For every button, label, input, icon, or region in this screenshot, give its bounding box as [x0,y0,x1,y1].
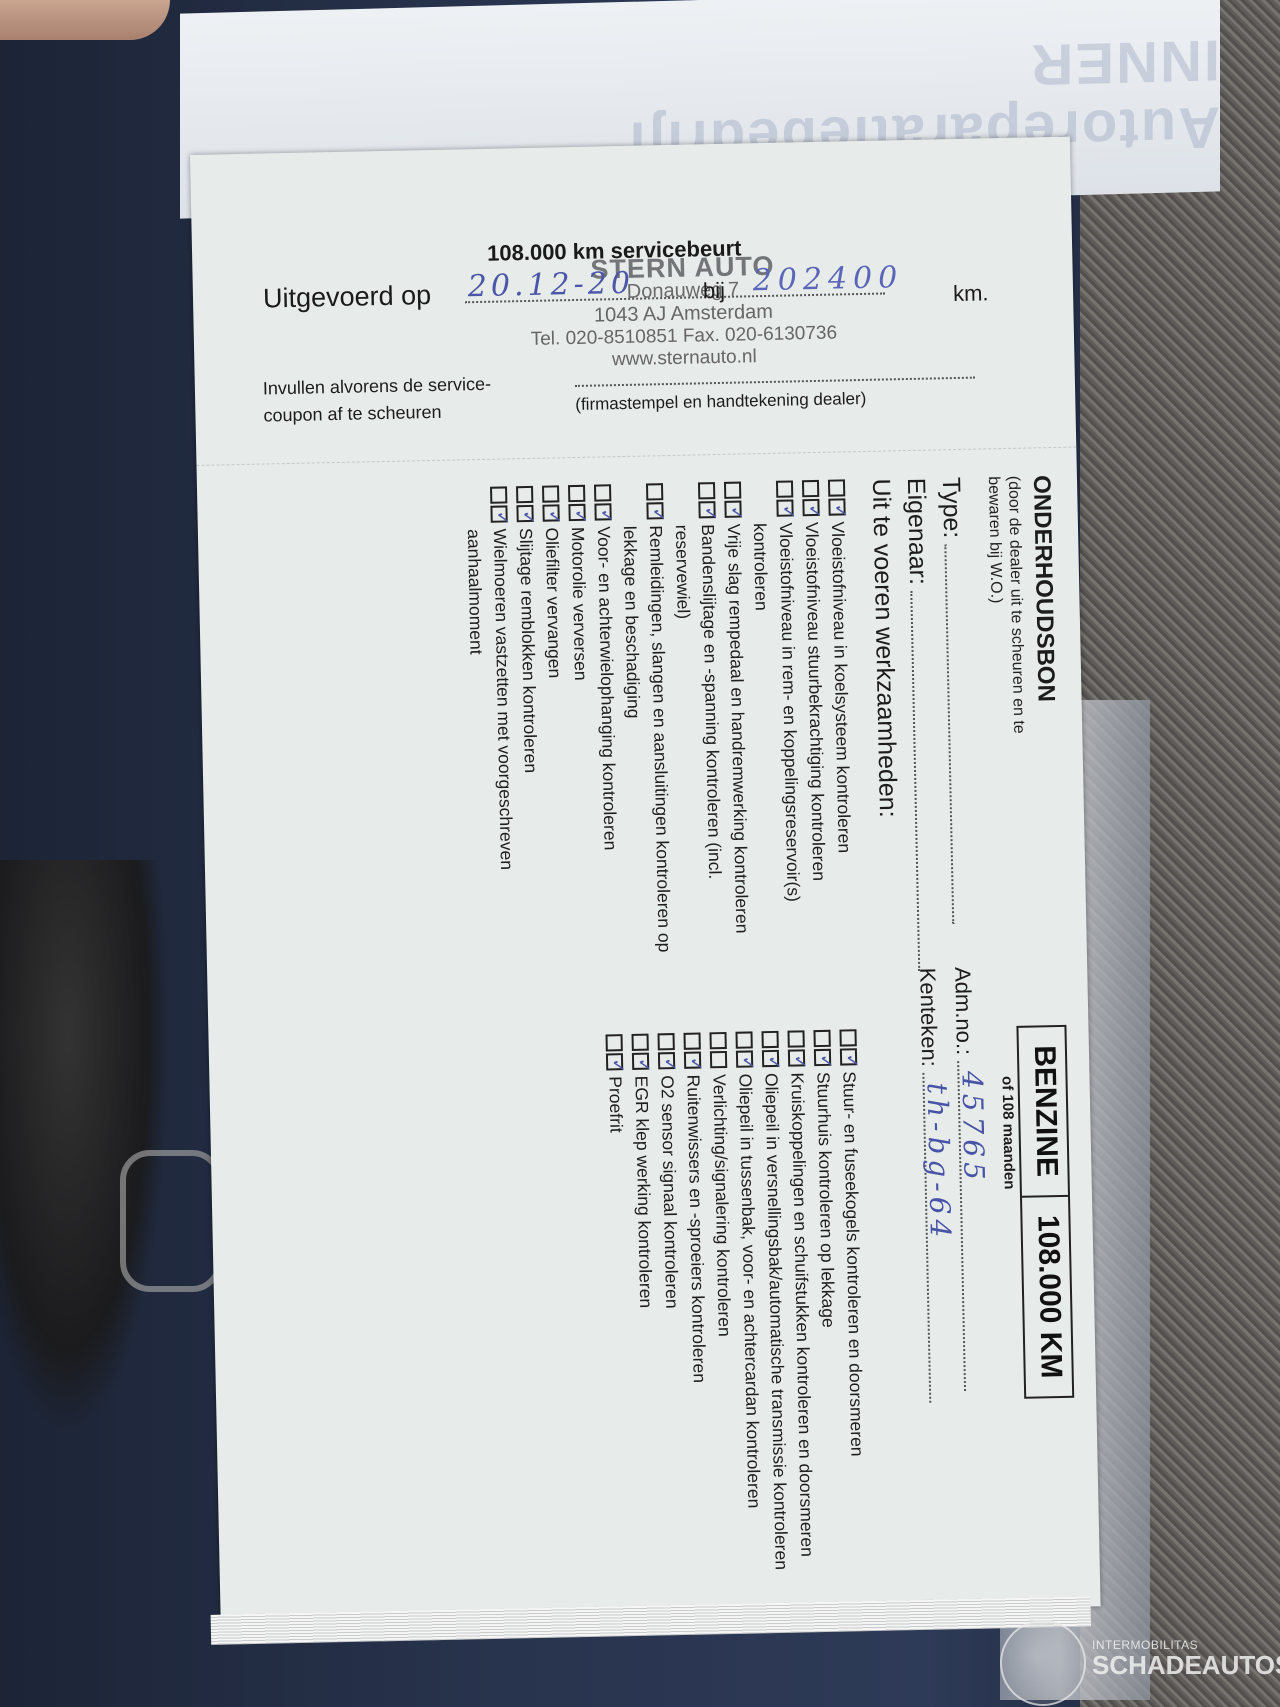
task-list-right: Stuur- en fuseekogels kontroleren en doo… [602,1029,874,1594]
task-checkboxes [698,482,716,524]
adm-label: Adm.no.: [950,967,977,1056]
checkbox[interactable] [646,483,663,500]
checkbox[interactable] [724,482,741,499]
checkbox[interactable] [802,480,819,497]
task-checkboxes [828,479,846,521]
slip-heading: ONDERHOUDSBON [1027,475,1060,702]
at-label: bij [703,278,726,304]
task-checkboxes [646,483,664,525]
mileage-value[interactable]: 202400 [752,260,903,298]
tasks-heading: Uit te voeren werkzaamheden: [866,478,902,818]
perforation-line [196,447,1076,466]
checkbox[interactable] [710,1051,727,1068]
plate-line: th-bg-64 [922,1073,931,1403]
task-checkboxes [813,1030,831,1072]
task-checkboxes [490,486,508,528]
checkbox[interactable] [632,1053,649,1070]
checkbox[interactable] [490,505,507,522]
task-checkboxes [542,485,560,527]
checkbox[interactable] [698,482,715,499]
interval-months: of 108 maanden [998,1076,1017,1190]
checkbox[interactable] [657,1033,674,1050]
slip-subheading: (door de dealer uit te scheuren en te be… [983,476,1028,737]
checkbox[interactable] [684,1051,701,1068]
thumb [0,0,170,40]
task-checkboxes [787,1030,805,1072]
task-checkboxes [683,1033,701,1075]
keyring [120,1150,222,1292]
checkbox[interactable] [828,479,845,496]
task-checkboxes [761,1031,779,1073]
checkbox[interactable] [787,1030,804,1047]
checkbox[interactable] [698,501,715,518]
task-item: Bandenslijtage en -spanning kontroleren … [668,482,730,953]
owner-field[interactable]: Eigenaar: [901,478,940,972]
tasks-label: Uit te voeren werkzaamheden: [867,478,902,818]
checkbox[interactable] [724,501,741,518]
checkbox[interactable] [839,1029,856,1046]
type-field[interactable]: Type: [936,477,974,925]
checkbox[interactable] [840,1048,857,1065]
signature-label: (firmastempel en handtekening dealer) [575,389,866,415]
task-item: Wielmoeren vastzetten met voorgeschreven… [460,486,522,957]
owner-line [910,591,920,971]
task-item: Vloeistofniveau in rem- en koppelingsres… [746,480,808,951]
checkbox[interactable] [594,503,611,520]
checkbox[interactable] [594,484,611,501]
plate-label: Kenteken: [915,967,942,1067]
task-checkboxes [568,485,586,527]
checkbox[interactable] [632,1034,649,1051]
performed-on-date[interactable]: 20.12-20 [467,266,634,304]
checkbox[interactable] [709,1032,726,1049]
checkbox[interactable] [802,499,819,516]
adm-value: 45765 [955,1071,990,1186]
globe-icon [1000,1620,1086,1706]
checkbox[interactable] [646,502,663,519]
task-checkboxes [802,480,820,522]
checkbox[interactable] [776,499,793,516]
plate-value: th-bg-64 [921,1082,957,1242]
performed-on-label: Uitgevoerd op [263,280,432,315]
type-label: Type: [937,477,966,539]
checkbox[interactable] [736,1050,753,1067]
signature-line[interactable] [575,377,975,387]
tear-instruction: Invullen alvorens de service-coupon af t… [263,370,544,430]
adm-line: 45765 [957,1061,966,1391]
task-label: Wielmoeren vastzetten met voorgeschreven… [461,528,522,957]
checkbox[interactable] [516,486,533,503]
task-checkboxes [632,1034,650,1076]
task-checkboxes [724,482,742,524]
task-checkboxes [606,1034,624,1076]
dealer-stamp: STERN AUTO Donauweg 7 1043 AJ Amsterdam … [457,240,910,374]
fuel-interval-box: BENZINE 108.000 KM [1016,1025,1074,1399]
km-label: km. [953,280,989,307]
task-checkboxes [657,1033,675,1075]
task-checkboxes [776,480,794,522]
checkbox[interactable] [762,1050,779,1067]
task-label: Remleidingen, slangen en aansluitingen k… [617,525,678,954]
service-coupon-page: 108.000 km servicebeurt STERN AUTO Donau… [190,137,1101,1625]
checkbox[interactable] [516,505,533,522]
task-item: Remleidingen, slangen en aansluitingen k… [616,483,678,954]
type-line [944,544,954,924]
checkbox[interactable] [828,498,845,515]
task-label: Bandenslijtage en -spanning kontroleren … [669,524,730,953]
checkbox[interactable] [776,480,793,497]
checkbox[interactable] [814,1049,831,1066]
checkbox[interactable] [658,1052,675,1069]
task-checkboxes [516,486,534,528]
task-list-left: Vloeistofniveau in koelsysteem kontroler… [460,479,860,957]
task-checkboxes [839,1029,857,1071]
fuel-type: BENZINE [1018,1027,1068,1196]
checkbox[interactable] [490,486,507,503]
watermark-line2: SCHADEAUTOS.NL [1092,1650,1280,1681]
task-label: Vloeistofniveau in rem- en koppelingsres… [747,522,808,951]
checkbox[interactable] [788,1049,805,1066]
checkbox[interactable] [568,485,585,502]
interval-km: 108.000 KM [1022,1195,1072,1397]
service-coupon: 108.000 km servicebeurt STERN AUTO Donau… [190,137,1077,485]
task-checkboxes [735,1031,753,1073]
checkbox[interactable] [542,504,559,521]
checkbox[interactable] [606,1053,623,1070]
checkbox[interactable] [813,1030,830,1047]
checkbox[interactable] [761,1031,778,1048]
checkbox[interactable] [735,1031,752,1048]
task-checkboxes [594,484,612,526]
checkbox[interactable] [683,1033,700,1050]
owner-label: Eigenaar: [902,478,932,586]
maintenance-slip: ONDERHOUDSBON (door de dealer uit te sch… [215,475,1078,1612]
plate-field[interactable]: Kenteken:th-bg-64 [914,967,949,1403]
checkbox[interactable] [542,485,559,502]
checkbox[interactable] [606,1034,623,1051]
checkbox[interactable] [568,504,585,521]
task-checkboxes [709,1032,727,1074]
